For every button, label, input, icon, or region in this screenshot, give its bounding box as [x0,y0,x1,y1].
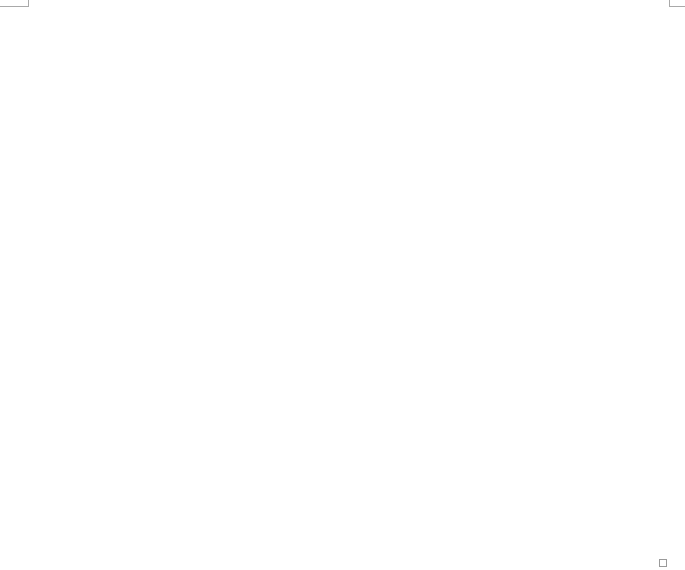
page-corner-mark-right [669,0,685,7]
table-resize-handle[interactable] [659,559,667,567]
page-corner-mark-left [0,0,29,7]
word-document-page: { "document": { "formatting_marks": { "p… [0,0,685,570]
